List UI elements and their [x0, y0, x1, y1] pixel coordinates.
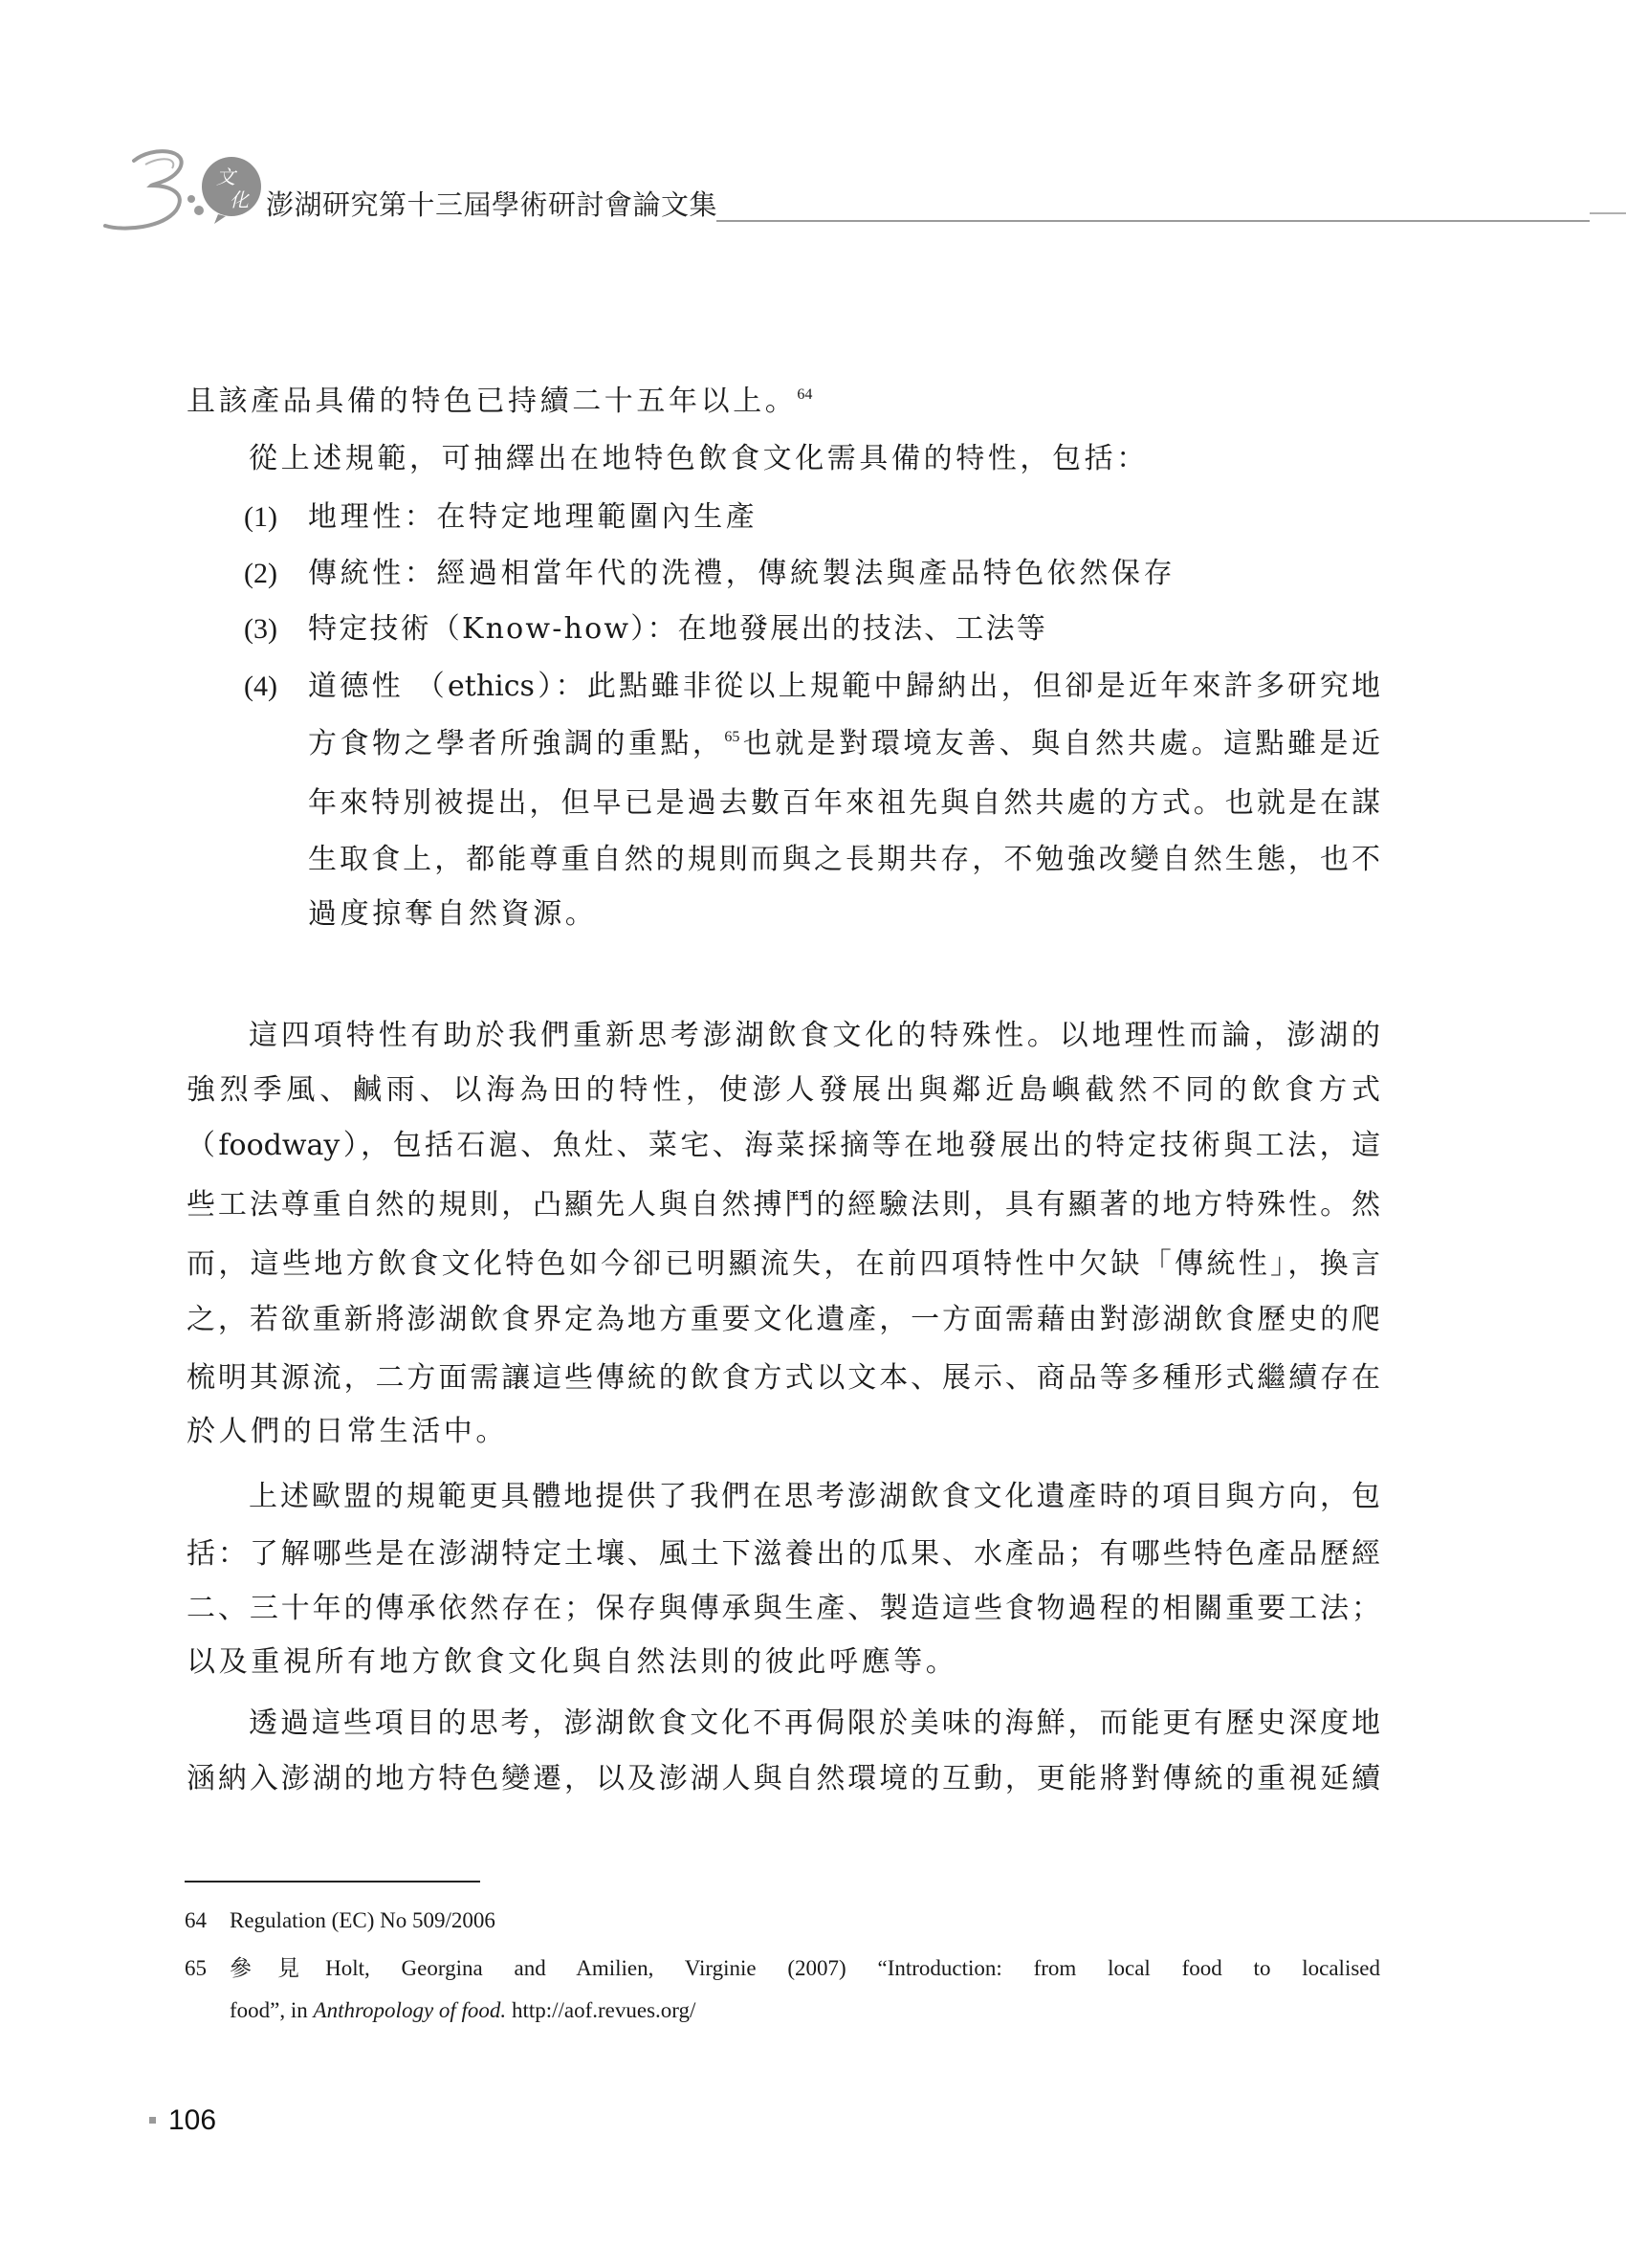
body-line: 括：了解哪些是在澎湖特定土壤、風土下滋養出的瓜果、水產品；有哪些特色產品歷經 [187, 1535, 1380, 1574]
running-header-title: 澎湖研究第十三屆學術研討會論文集 [266, 187, 717, 222]
body-line: 之，若欲重新將澎湖飲食界定為地方重要文化遺產，一方面需藉由對澎湖飲食歷史的爬 [187, 1301, 1380, 1339]
list-item-label: (4) [244, 668, 277, 706]
body-line: 梳明其源流，二方面需讓這些傳統的飲食方式以文本、展示、商品等多種形式繼續存在 [187, 1359, 1380, 1398]
list-item-text: 特定技術（Know-how）：在地發展出的技法、工法等 [308, 610, 1047, 649]
body-line: 以及重視所有地方飲食文化與自然法則的彼此呼應等。 [187, 1643, 957, 1682]
footnote-number: 65 [185, 1952, 207, 1985]
conference-logo: 文 化 [96, 143, 268, 239]
body-line: 這四項特性有助於我們重新思考澎湖飲食文化的特殊性。以地理性而論，澎湖的 [249, 1017, 1380, 1055]
body-line: 從上述規範，可抽繹出在地特色飲食文化需具備的特性，包括： [249, 440, 1149, 478]
footnote-journal-title: Anthropology of food. [314, 1998, 507, 2022]
list-item-text: 生取食上，都能尊重自然的規則而與之長期共存，不勉強改變自然生態，也不 [308, 841, 1380, 879]
body-line: 二、三十年的傳承依然存在；保存與傳承與生產、製造這些食物過程的相關重要工法； [187, 1590, 1380, 1628]
footnote-number: 64 [185, 1905, 207, 1937]
list-item-text: 過度掠奪自然資源。 [308, 895, 597, 934]
list-item-label: (1) [244, 498, 277, 537]
list-item-text: 地理性：在特定地理範圍內生產 [308, 498, 758, 537]
body-line: 涵納入澎湖的地方特色變遷，以及澎湖人與自然環境的互動，更能將對傳統的重視延續 [187, 1760, 1380, 1798]
body-line: 且該產品具備的特色已持續二十五年以上。64 [187, 383, 812, 421]
body-line: 些工法尊重自然的規則，凸顯先人與自然搏鬥的經驗法則，具有顯著的地方特殊性。然 [187, 1186, 1380, 1224]
document-page: 文 化 澎湖研究第十三屆學術研討會論文集 且該產品具備的特色已持續二十五年以上。… [0, 0, 1626, 2268]
list-item-text: 傳統性：經過相當年代的洗禮，傳統製法與產品特色依然保存 [308, 555, 1176, 593]
footnote-separator [185, 1881, 480, 1883]
body-line: （foodway），包括石滬、魚灶、菜宅、海菜採摘等在地發展出的特定技術與工法，… [187, 1127, 1380, 1165]
body-line: 於人們的日常生活中。 [187, 1413, 508, 1451]
footnote-ref-65[interactable]: 65 [724, 729, 739, 745]
page-number-marker-icon [149, 2117, 156, 2124]
list-item-text: 年來特別被提出，但早已是過去數百年來祖先與自然共處的方式。也就是在謀 [308, 784, 1380, 823]
footnote-url[interactable]: http://aof.revues.org/ [506, 1998, 695, 2022]
body-line: 上述歐盟的規範更具體地提供了我們在思考澎湖飲食文化遺產時的項目與方向，包 [249, 1478, 1380, 1516]
body-line: 而，這些地方飲食文化特色如今卻已明顯流失，在前四項特性中欠缺「傳統性」，換言 [187, 1245, 1380, 1284]
body-line: 透過這些項目的思考，澎湖飲食文化不再侷限於美味的海鮮，而能更有歷史深度地 [249, 1705, 1380, 1743]
header-rule [716, 220, 1590, 222]
list-item-text: 道德性 （ethics）：此點雖非從以上規範中歸納出，但卻是近年來許多研究地 [308, 668, 1380, 706]
header-rule-tail [1590, 212, 1626, 214]
list-item-label: (2) [244, 555, 277, 593]
logo-badge-char-1: 文 [216, 165, 238, 188]
logo-badge-char-2: 化 [230, 188, 251, 211]
footnote-text: Regulation (EC) No 509/2006 [230, 1905, 495, 1937]
body-line: 強烈季風、鹹雨、以海為田的特性，使澎人發展出與鄰近島嶼截然不同的飲食方式 [187, 1071, 1380, 1110]
logo-script-three-icon: 文 化 [96, 143, 268, 239]
list-item-text: 方食物之學者所強調的重點，65也就是對環境友善、與自然共處。這點雖是近 [308, 725, 1380, 763]
list-item-label: (3) [244, 610, 277, 649]
footnote-ref-64[interactable]: 64 [797, 386, 812, 403]
footnote-text: food”, in Anthropology of food. http://a… [230, 1994, 695, 2027]
page-number: 106 [168, 2104, 216, 2137]
footnote-text: 參見Holt, Georgina and Amilien, Virginie (… [230, 1952, 1380, 1985]
